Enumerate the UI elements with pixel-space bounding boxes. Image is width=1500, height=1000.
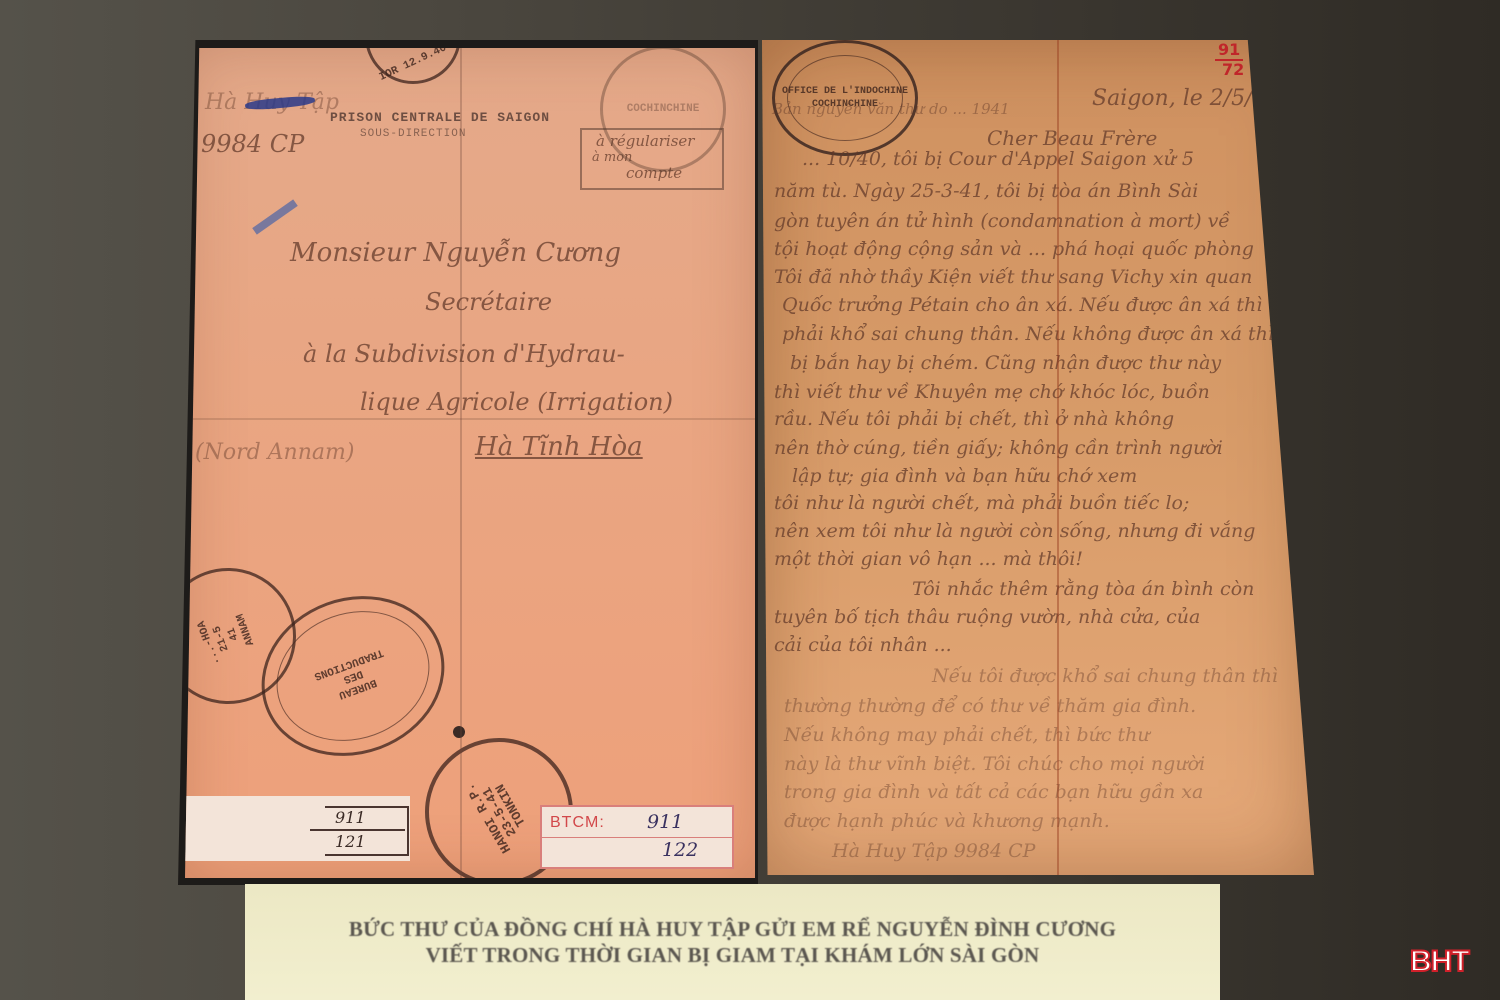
- stamp-office-indochine: OFFICE DE L'INDOCHINE COCHINCHINE: [772, 40, 918, 156]
- prisoner-number: 9984 CP: [201, 130, 304, 158]
- letter-line: Hà Huy Tập 9984 CP: [832, 840, 1035, 862]
- letter-line: nên thờ cúng, tiền giấy; không cần trình…: [774, 437, 1223, 459]
- letter-line: ... 10/40, tôi bị Cour d'Appel Saigon xử…: [802, 148, 1194, 170]
- label-right-top: 911: [647, 811, 683, 833]
- letter-line: được hạnh phúc và khương mạnh.: [784, 810, 1110, 832]
- exhibit-scene: Hà Huy Tập 9984 CP PRISON CENTRALE DE SA…: [0, 0, 1500, 1000]
- letter-line: lập tự; gia đình và bạn hữu chớ xem: [792, 465, 1137, 487]
- page-number-top: 91: [1215, 40, 1243, 61]
- letter-header-note: Bản nguyên văn thư do ... 1941: [772, 100, 1010, 118]
- address-line-1: Monsieur Nguyễn Cương: [290, 238, 621, 268]
- letter-line: năm tù. Ngày 25-3-41, tôi bị tòa án Bình…: [774, 180, 1198, 202]
- letter-line: Quốc trưởng Pétain cho ân xá. Nếu được â…: [782, 294, 1262, 316]
- letter-line: thường thường để có thư về thăm gia đình…: [784, 695, 1196, 717]
- letter-line: này là thư vĩnh biệt. Tôi chúc cho mọi n…: [784, 753, 1205, 775]
- address-line-5: Hà Tĩnh Hòa: [475, 432, 643, 462]
- postmark-text: COCHINCHINE: [627, 103, 700, 116]
- bureau-stamp-text: BUREAU DES TRADUCTIONS: [312, 645, 394, 706]
- archive-label-right: BTCM: 911 122: [540, 805, 734, 869]
- printed-header: PRISON CENTRALE DE SAIGON: [330, 110, 550, 125]
- caption-line-2: VIẾT TRONG THỜI GIAN BỊ GIAM TẠI KHÁM LỚ…: [426, 942, 1040, 968]
- address-line-2: Secrétaire: [425, 288, 552, 316]
- postmark-annam-text: ...-HOA 21-5 41 ANNAM: [196, 605, 261, 666]
- archive-label-left: 911 121: [180, 796, 410, 861]
- letter-line: thì viết thư về Khuyên mẹ chớ khóc lóc, …: [774, 381, 1210, 403]
- address-line-4: lique Agricole (Irrigation): [360, 388, 673, 416]
- letter-line: Nếu không may phải chết, thì bức thư: [784, 724, 1150, 746]
- letter-line: tuyên bố tịch thâu ruộng vườn, nhà cửa, …: [774, 606, 1200, 628]
- letter-line: Tôi nhắc thêm rằng tòa án bình còn: [912, 578, 1254, 600]
- letter-line: rầu. Nếu tôi phải bị chết, thì ở nhà khô…: [774, 408, 1174, 430]
- letter-line: Tôi đã nhờ thầy Kiện viết thư sang Vichy…: [774, 266, 1252, 288]
- letter-line: Nếu tôi được khổ sai chung thân thì: [932, 665, 1278, 687]
- hanoi-stamp-text: HANOI R.P. 23-5-41 TONKIN: [463, 768, 536, 855]
- letter-line: bị bắn hay bị chém. Cũng nhận được thư n…: [790, 352, 1221, 374]
- letter-line: một thời gian vô hạn ... mà thôi!: [774, 548, 1083, 570]
- printed-subheader: SOUS-DIRECTION: [360, 128, 466, 140]
- postmark-top-text: IOR 12.9.40: [377, 42, 448, 84]
- page-number-bottom: 72: [1222, 60, 1244, 79]
- bht-watermark-logo: BHT: [1410, 945, 1469, 979]
- letter-line: tôi như là người chết, mà phải buồn tiếc…: [774, 492, 1189, 514]
- letter-line: cải của tôi nhân ...: [774, 634, 952, 656]
- label-left-top: 911: [335, 808, 366, 827]
- letter-salutation: Cher Beau Frère: [987, 126, 1157, 150]
- address-line-6: (Nord Annam): [195, 440, 354, 465]
- letter-line: gòn tuyên án tử hình (condamnation à mor…: [774, 210, 1230, 232]
- letter-date: Saigon, le 2/5/41: [1092, 86, 1281, 111]
- label-right-bottom: 122: [662, 839, 698, 861]
- letter-line: trong gia đình và tất cả các bạn hữu gần…: [784, 781, 1203, 803]
- caption-line-1: BỨC THƯ CỦA ĐỒNG CHÍ HÀ HUY TẬP GỬI EM R…: [349, 916, 1116, 942]
- address-line-3: à la Subdivision d'Hydrau-: [303, 340, 625, 368]
- postmark-cochinchine: COCHINCHINE: [600, 46, 726, 172]
- letter-line: tội hoạt động cộng sản và ... phá hoại q…: [774, 238, 1254, 260]
- letter-line: nên xem tôi như là người còn sống, nhưng…: [774, 520, 1255, 542]
- letter-line: phải khổ sai chung thân. Nếu không được …: [782, 323, 1301, 345]
- label-left-bottom: 121: [335, 832, 366, 851]
- blue-pencil-mark: [252, 199, 298, 234]
- label-right-prefix: BTCM:: [550, 814, 605, 832]
- envelope-document: Hà Huy Tập 9984 CP PRISON CENTRALE DE SA…: [185, 48, 755, 878]
- ink-dot: [453, 726, 465, 738]
- letter-document: OFFICE DE L'INDOCHINE COCHINCHINE 91 72 …: [762, 40, 1314, 875]
- exhibit-caption-plaque: BỨC THƯ CỦA ĐỒNG CHÍ HÀ HUY TẬP GỬI EM R…: [245, 884, 1220, 1000]
